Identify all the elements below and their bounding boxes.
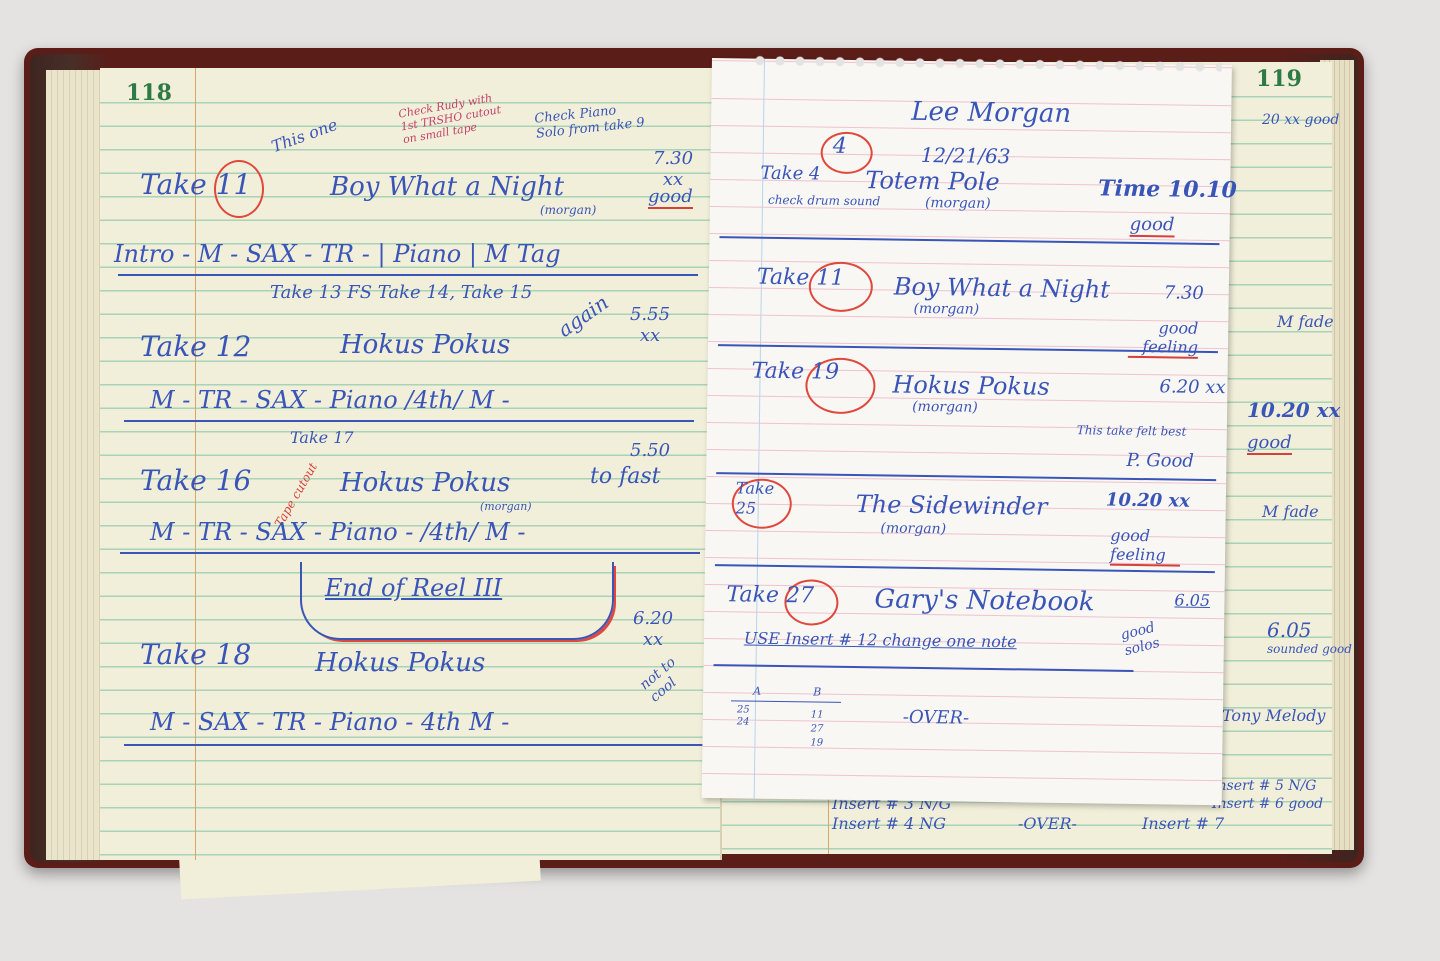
take-remark: good [1130,214,1175,238]
take-time: 5.55 xx [625,304,675,346]
tally-a-value: 24 [737,716,750,727]
tally-col-a: A [753,685,761,698]
end-of-reel-label: End of Reel III [325,574,502,602]
take-remark: again [553,290,613,342]
take-number: 4 [833,134,847,159]
song-title: The Sidewinder [856,490,1048,521]
song-title: Hokus Pokus [315,648,485,678]
take-remark: good feeling [1110,526,1181,567]
take-remark: to fast [590,464,660,489]
song-title: Boy What a Night [894,273,1110,304]
song-title: Hokus Pokus [892,371,1050,401]
take-remark: This take felt best [1077,423,1187,439]
take-label: Take 27 [726,582,814,608]
tally-b-value: 27 [811,723,824,734]
song-title: Hokus Pokus [340,330,510,360]
sub-note: Take 13 FS Take 14, Take 15 [270,282,532,303]
take-remark: good [648,186,693,209]
blue-margin-note: Check Piano Solo from take 9 [534,100,647,141]
take-label: Take 12 [140,330,251,363]
edge-note: Tony Melody [1222,706,1325,725]
composer: (morgan) [912,399,978,416]
divider-rule [120,552,700,554]
take-time: 6.20 xx [628,608,678,650]
song-title: Boy What a Night [330,172,564,202]
take-remark: good solos [1119,613,1185,659]
tally-b-value: 19 [810,737,823,748]
take-time: Time 10.10 [1098,175,1237,203]
take-note: check drum sound [768,193,880,209]
instrument-sequence: Intro - M - SAX - TR - | Piano | M Tag [114,240,561,268]
edge-note: sounded good [1267,642,1352,656]
divider-rule [716,472,1216,481]
loose-take-sheet: Lee Morgan 12/21/63 4 Take 4 Totem Pole … [702,58,1232,805]
composer: (morgan) [480,500,532,513]
instrument-sequence: M - TR - SAX - Piano - /4th/ M - [150,518,526,546]
composer: (morgan) [925,195,991,212]
take-remark-2: P. Good [1126,450,1194,472]
red-margin-note: Check Rudy with 1st TRSHO cutout on smal… [397,89,512,147]
composer: (morgan) [913,301,979,318]
take-label: Take 16 [140,464,251,497]
insert-note: Insert # 5 N/G [1212,778,1316,794]
insert-note: Insert # 6 good [1212,796,1323,812]
page-number: 119 [1256,66,1302,92]
take-remark: not to cool [637,642,704,705]
insert-note: Insert # 4 NG [832,814,946,833]
take-label: Take 25 [736,478,787,519]
edge-note: good [1247,432,1292,455]
edge-note: 6.05 [1267,618,1312,642]
divider-rule [719,236,1219,245]
divider-rule [124,744,704,746]
take-time: 7.30 [1164,282,1204,304]
over-note: -OVER- [903,707,970,729]
composer: (morgan) [540,203,596,217]
insert-note: Insert # 7 [1142,814,1224,833]
take-time: 6.05 [1174,591,1210,610]
song-title: Gary's Notebook [874,584,1094,617]
take-time: 10.20 xx [1106,490,1190,512]
tally-a-value: 25 [737,704,750,715]
edge-note: M fade [1277,312,1334,331]
take-label: Take 11 [757,265,845,291]
insert-instruction: USE Insert # 12 change one note [744,629,1017,652]
song-title: Totem Pole [865,166,1000,196]
notebook-page-left: 118 This one Check Rudy with 1st TRSHO c… [100,68,722,860]
note-this-one: This one [269,115,340,156]
composer: (morgan) [880,520,946,537]
alt-take-label: Take 17 [290,428,354,447]
page-number: 118 [126,80,172,106]
take-time: 6.20 xx [1159,376,1225,398]
divider-rule [124,420,694,422]
take-label: Take 19 [751,359,839,385]
divider-rule [714,664,1134,672]
edge-note: 20 xx good [1262,112,1339,128]
take-label: Take 18 [140,638,251,671]
take-time: 7.30 xx [648,148,698,190]
instrument-sequence: M - TR - SAX - Piano /4th/ M - [150,386,510,414]
artist-name: Lee Morgan [911,97,1071,129]
take-label: Take 4 [760,163,820,185]
divider-rule [118,274,698,276]
tally-b-value: 11 [811,709,824,720]
edge-note: 10.20 xx [1247,398,1340,422]
take-time: 5.50 [630,440,670,461]
tally-col-b: B [813,685,821,698]
over-note: -OVER- [1018,814,1077,833]
edge-note: M fade [1262,502,1319,521]
instrument-sequence: M - SAX - TR - Piano - 4th M - [150,708,509,736]
song-title: Hokus Pokus [340,468,510,498]
red-circle-mark [214,160,264,218]
tally-rule [731,700,841,703]
session-date: 12/21/63 [920,143,1010,168]
